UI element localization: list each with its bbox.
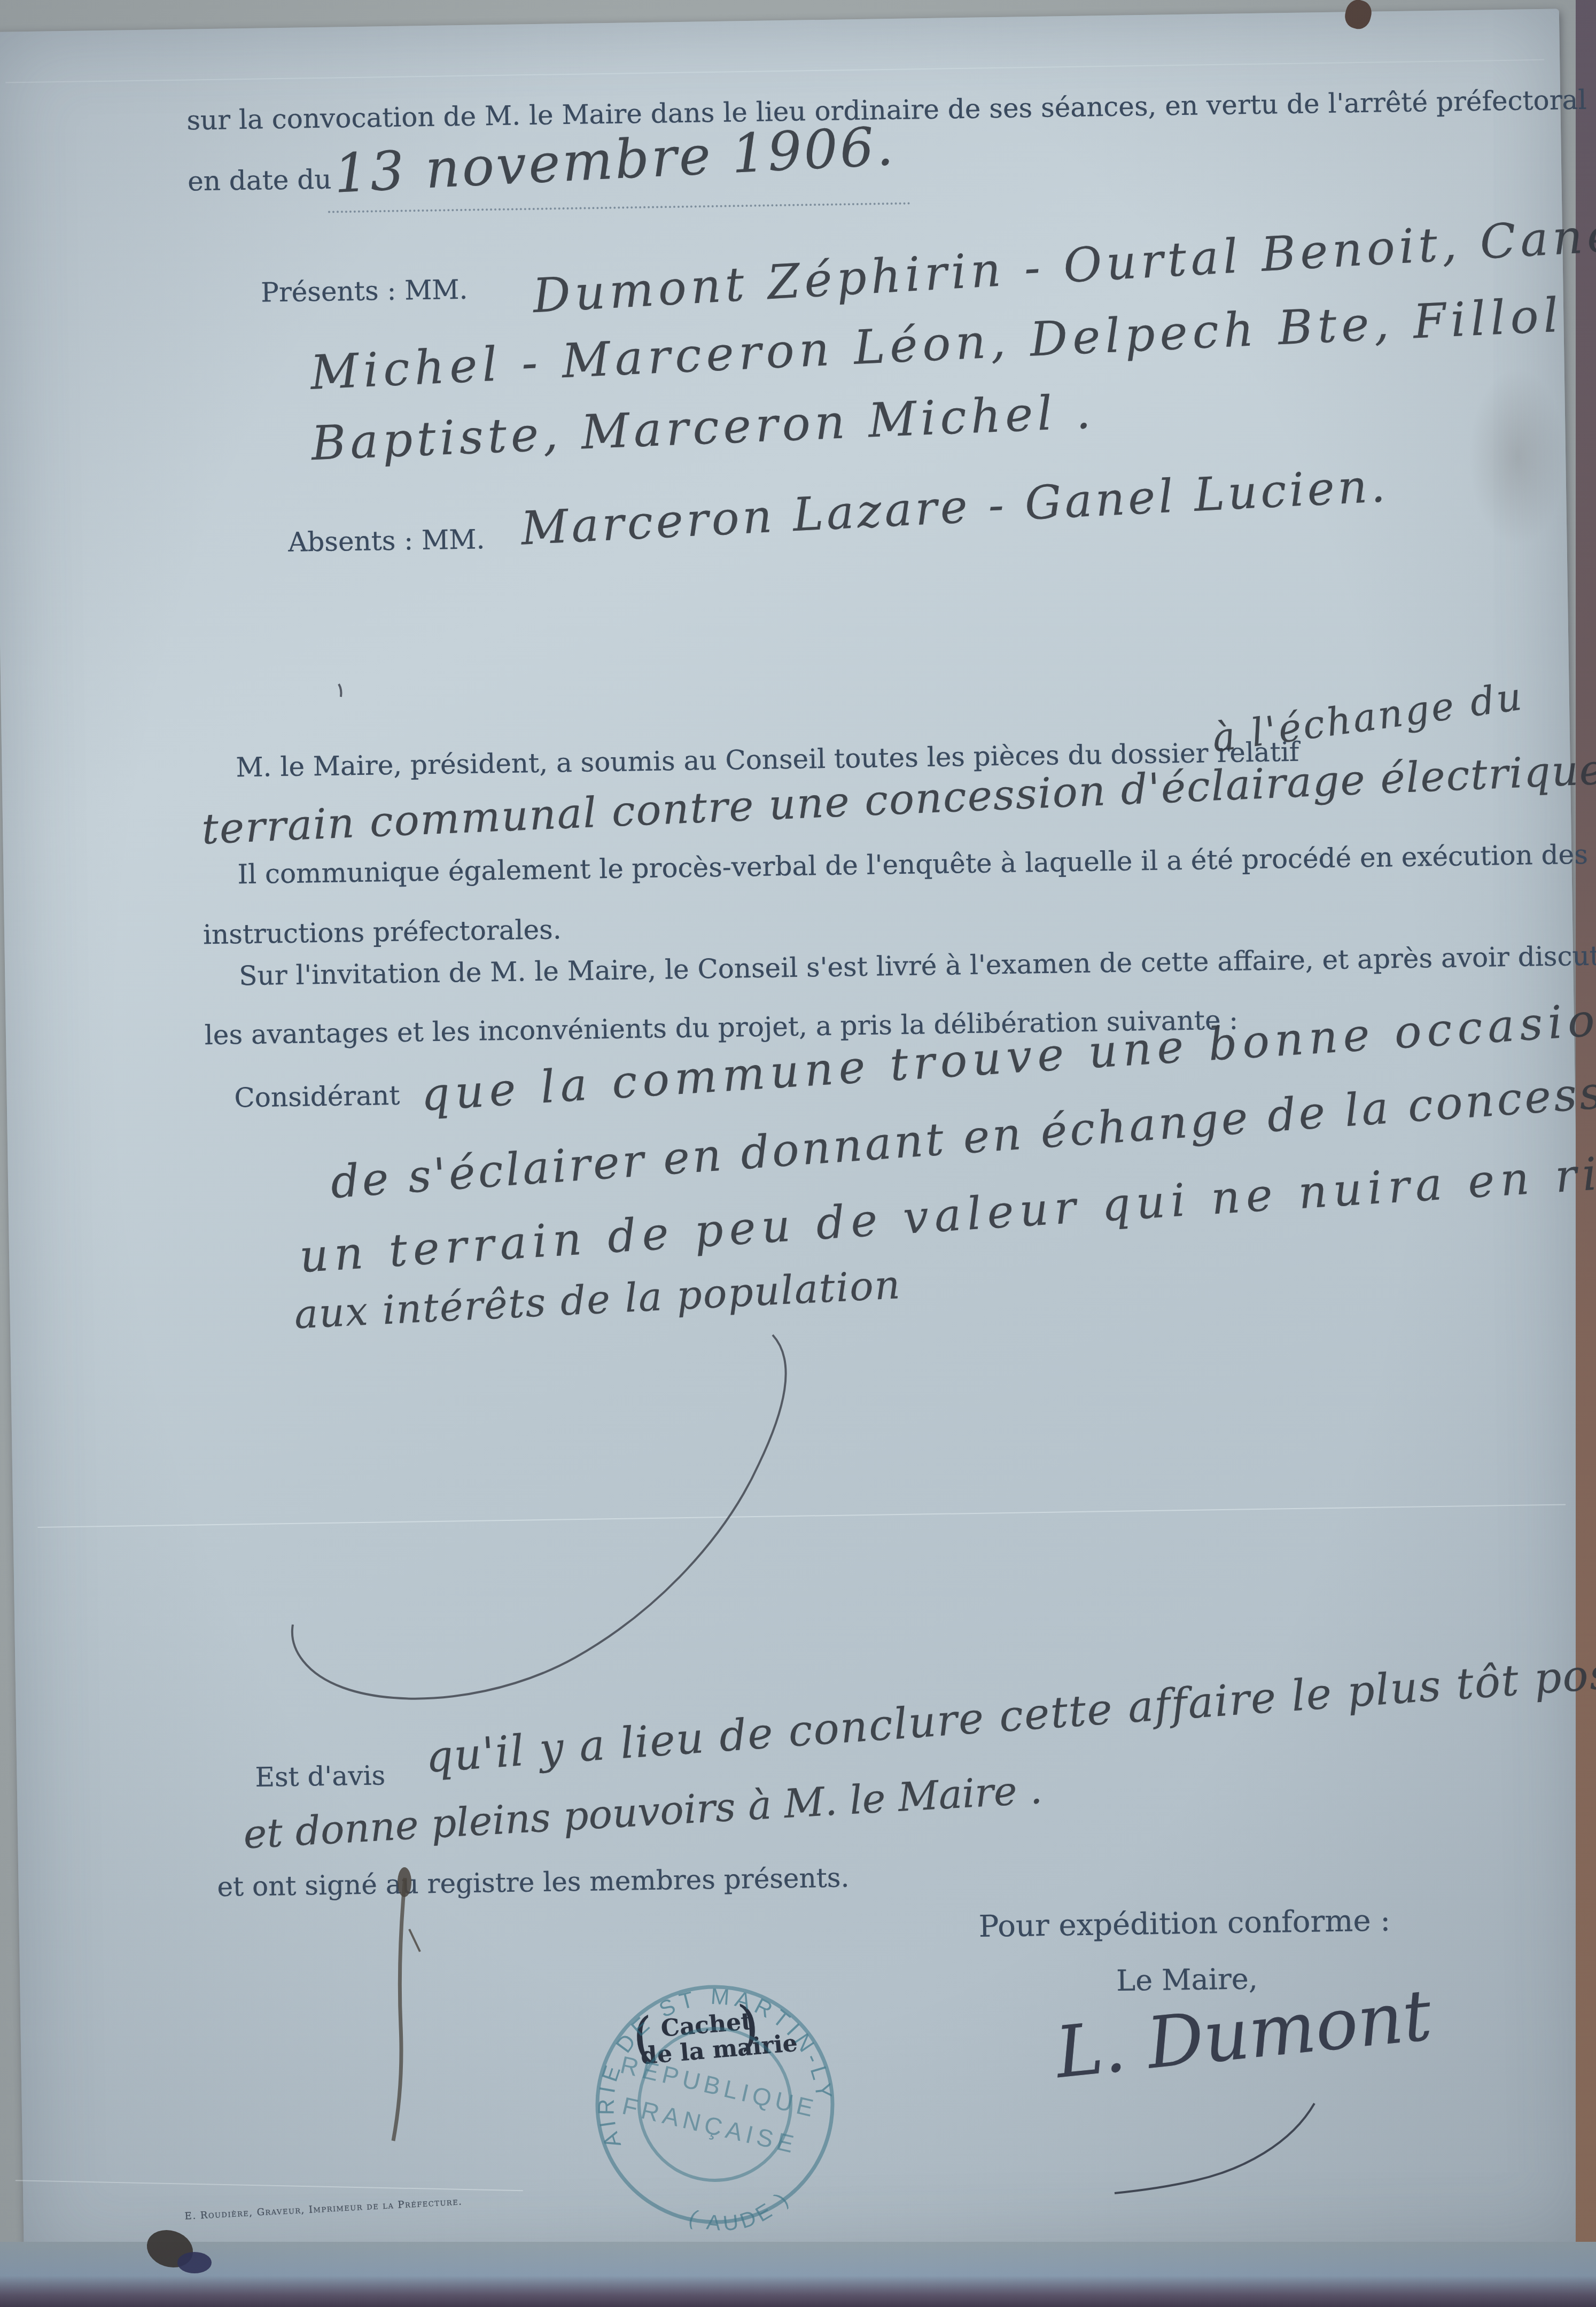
fold-crease-middle [37, 1504, 1566, 1528]
handwritten-presents-line-3: Baptiste, Marceron Michel . [310, 384, 1096, 471]
handwritten-soumission-inline: à l'échange du [1209, 673, 1526, 760]
printed-date-label: en date du [188, 164, 332, 197]
cachet-caption: ( Cachet de la mairie ) [630, 1992, 775, 2084]
printed-maire-label: Le Maire, [1116, 1962, 1258, 1998]
handwritten-presents-line-2: Michel - Marceron Léon, Delpech Bte, Fil… [309, 288, 1564, 400]
avis-label: Est d'avis [255, 1760, 385, 1793]
printed-register-line: et ont signé au registre les membres pré… [217, 1862, 850, 1903]
presents-label: Présents : MM. [261, 274, 468, 308]
handwritten-absents-line: Marceron Lazare - Ganel Lucien. [520, 459, 1390, 556]
absents-label: Absents : MM. [288, 524, 485, 557]
printed-invitation-line-1: Sur l'invitation de M. le Maire, le Cons… [239, 940, 1596, 991]
document-content: sur la convocation de M. le Maire dans l… [0, 0, 1596, 2307]
printed-expedition-line: Pour expédition conforme : [978, 1903, 1390, 1944]
printed-communique-line-1: Il communique également le procès-verbal… [237, 839, 1588, 890]
fold-crease-top [5, 59, 1544, 83]
handwritten-avis-line-1: qu'il y a lieu de conclure cette affaire… [424, 1641, 1596, 1782]
printer-imprint: E. Roudière, Graveur, Imprimeur de la Pr… [184, 2196, 463, 2222]
considerant-label: Considérant [234, 1080, 400, 1114]
fold-crease-bottom [15, 2180, 523, 2191]
printed-communique-line-2: instructions préfectorales. [203, 914, 562, 950]
document-photo: { "photo": { "background_color": "#a0a7a… [0, 0, 1596, 2307]
